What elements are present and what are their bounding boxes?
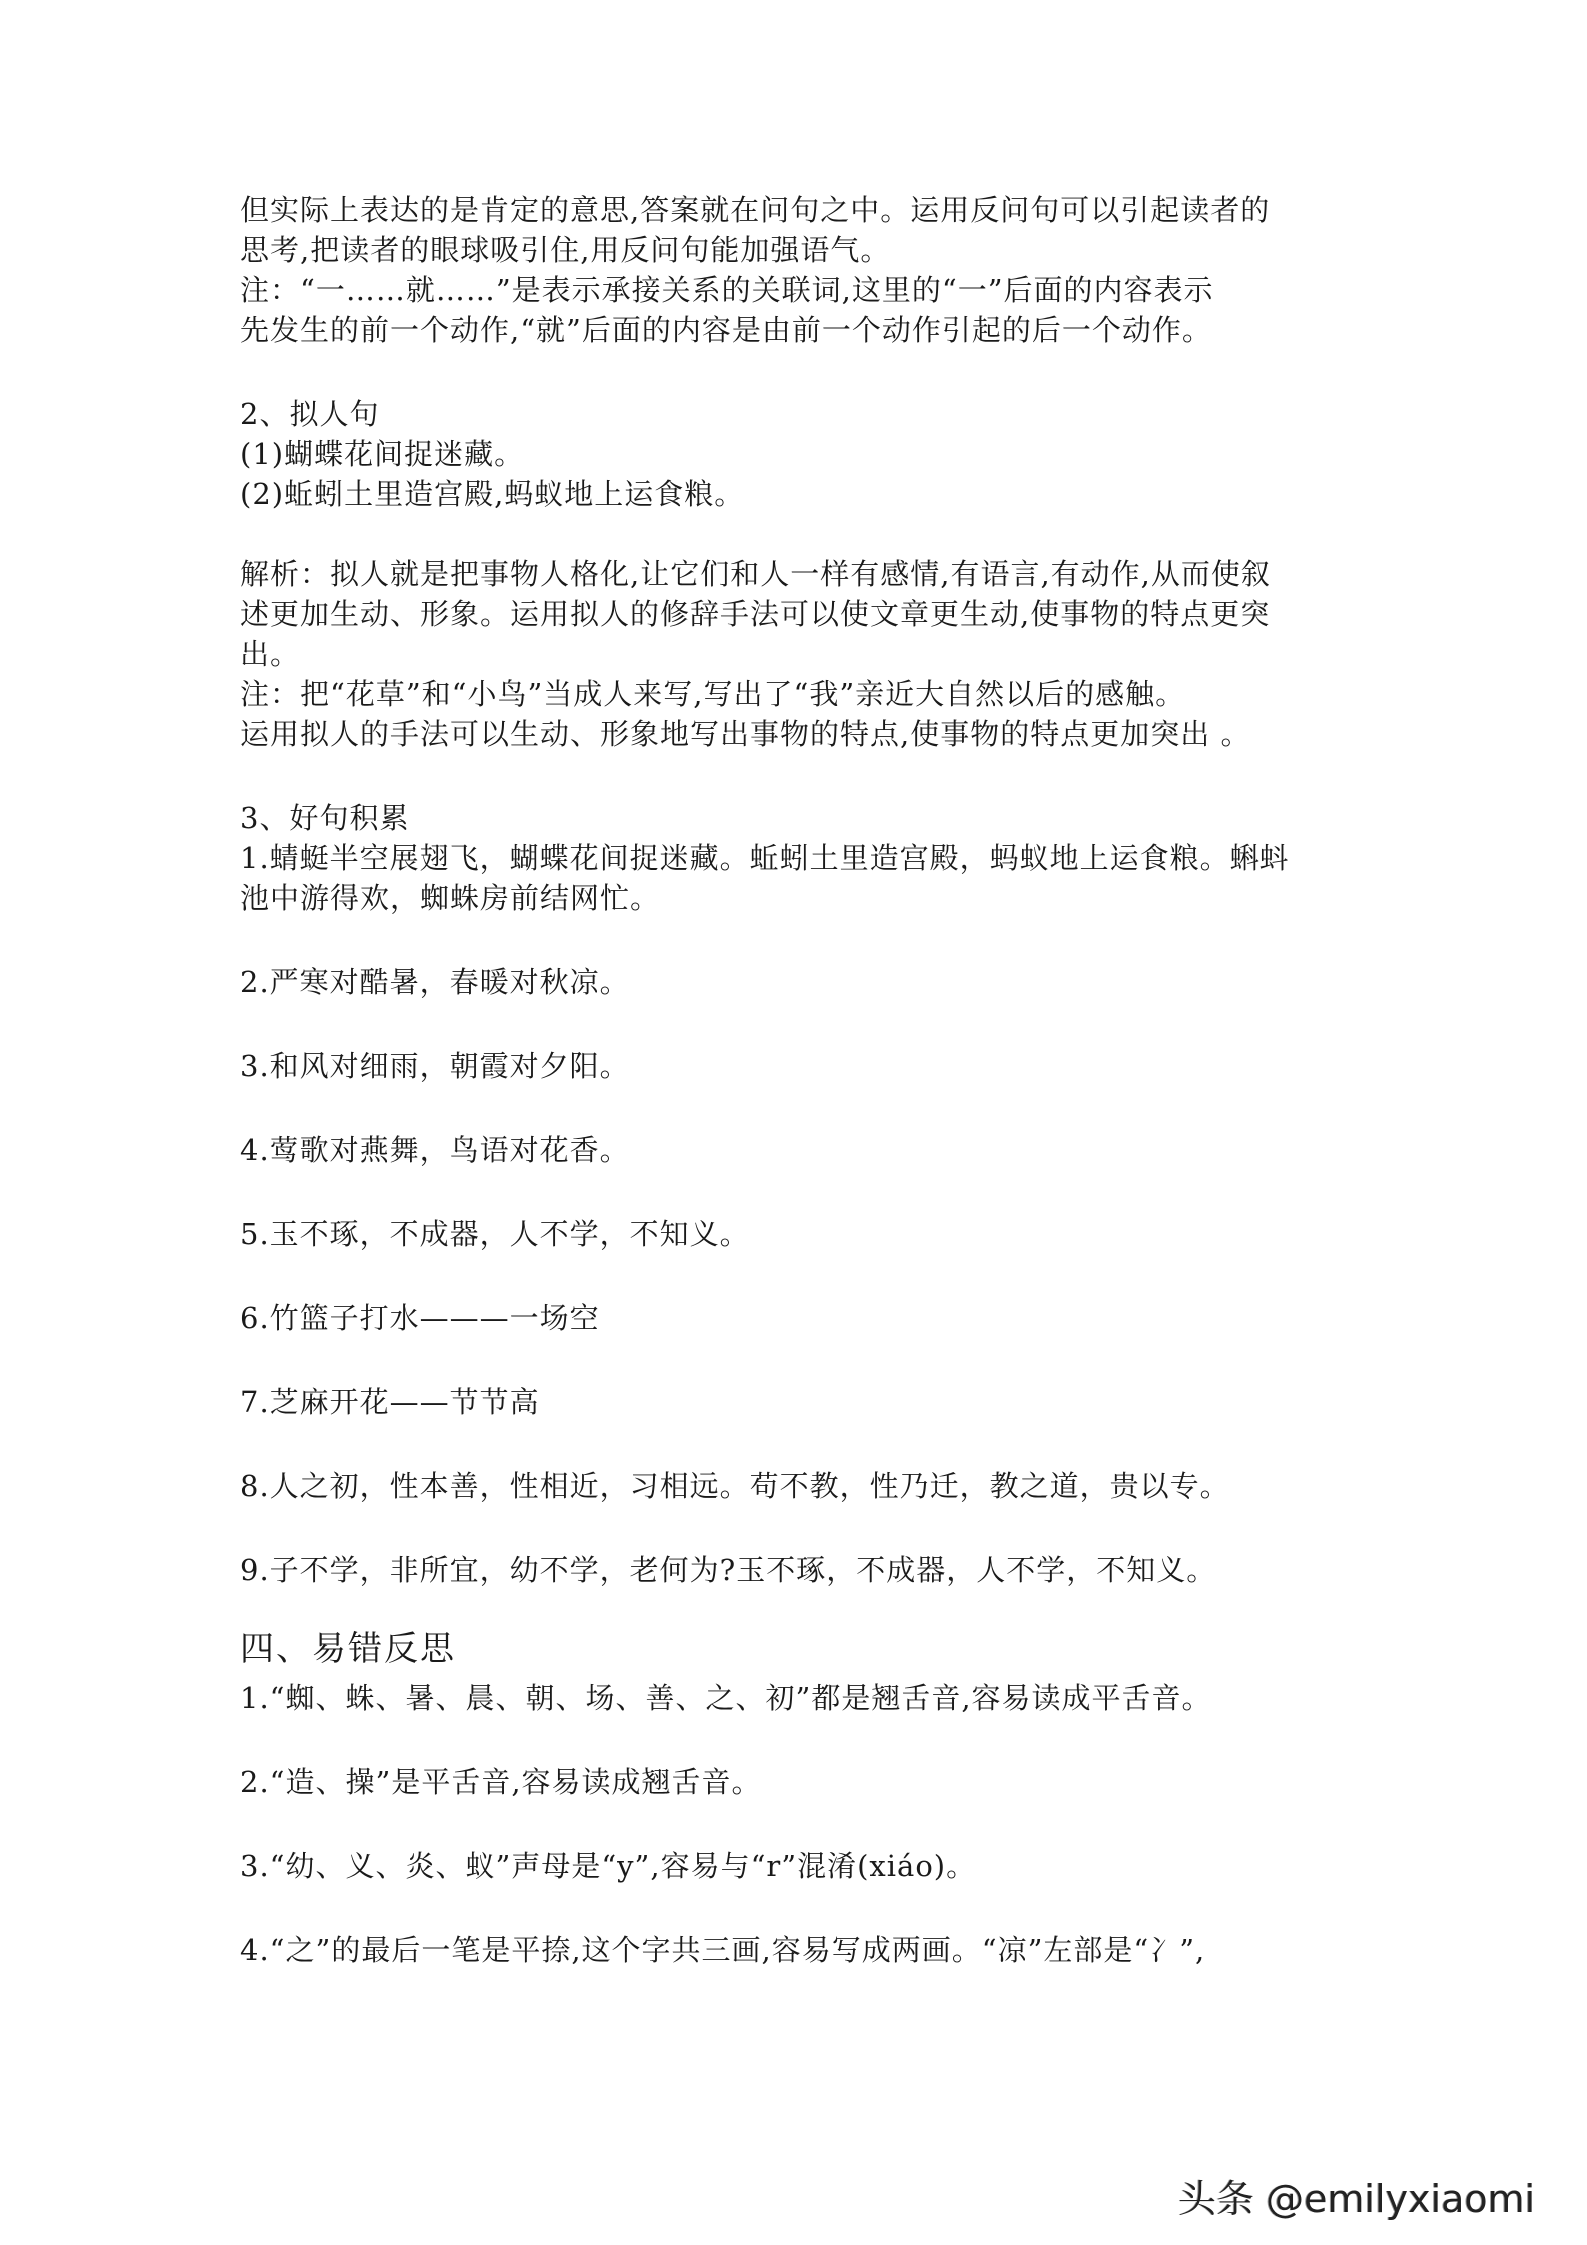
list-item: 9.子不学，非所宜，幼不学，老何为?玉不琢，不成器，人不学，不知义。: [240, 1550, 1360, 1590]
item-line: 7.芝麻开花——节节高: [240, 1382, 1360, 1422]
list-item: 1.“蜘、蛛、暑、晨、朝、场、善、之、初”都是翘舌音,容易读成平舌音。: [240, 1678, 1360, 1718]
analysis-line: 解析：拟人就是把事物人格化,让它们和人一样有感情,有语言,有动作,从而使叙: [240, 554, 1360, 594]
list-item: 4.莺歌对燕舞，鸟语对花香。: [240, 1130, 1360, 1170]
note-line: 运用拟人的手法可以生动、形象地写出事物的特点,使事物的特点更加突出 。: [240, 714, 1360, 754]
list-item: 5.玉不琢，不成器，人不学，不知义。: [240, 1214, 1360, 1254]
list-item: 6.竹篮子打水———一场空: [240, 1298, 1360, 1338]
item-line: 3.“幼、义、炎、蚁”声母是“y”,容易与“r”混淆(xiáo)。: [240, 1846, 1360, 1886]
item-line: 池中游得欢，蜘蛛房前结网忙。: [240, 878, 1360, 918]
text-line: 但实际上表达的是肯定的意思,答案就在问句之中。运用反问句可以引起读者的: [240, 190, 1360, 230]
list-item: 2.严寒对酷暑，春暖对秋凉。: [240, 962, 1360, 1002]
note-line: 先发生的前一个动作,“就”后面的内容是由前一个动作引起的后一个动作。: [240, 310, 1360, 350]
section-mistakes: 四、易错反思 1.“蜘、蛛、暑、晨、朝、场、善、之、初”都是翘舌音,容易读成平舌…: [240, 1626, 1360, 1970]
section-heading: 四、易错反思: [240, 1626, 1360, 1672]
note-line: 注：把“花草”和“小鸟”当成人来写,写出了“我”亲近大自然以后的感触。: [240, 674, 1360, 714]
item-line: 4.莺歌对燕舞，鸟语对花香。: [240, 1130, 1360, 1170]
list-item: 4.“之”的最后一笔是平捺,这个字共三画,容易写成两画。“凉”左部是“冫”,: [240, 1930, 1360, 1970]
document-page: 但实际上表达的是肯定的意思,答案就在问句之中。运用反问句可以引起读者的 思考,把…: [240, 190, 1360, 2014]
list-item: 8.人之初，性本善，性相近，习相远。苟不教，性乃迁，教之道，贵以专。: [240, 1466, 1360, 1506]
text-line: 思考,把读者的眼球吸引住,用反问句能加强语气。: [240, 230, 1360, 270]
item-line: 1.“蜘、蛛、暑、晨、朝、场、善、之、初”都是翘舌音,容易读成平舌音。: [240, 1678, 1360, 1718]
section-heading: 2、拟人句: [240, 394, 1360, 434]
item-line: 9.子不学，非所宜，幼不学，老何为?玉不琢，不成器，人不学，不知义。: [240, 1550, 1360, 1590]
item-line: 1.蜻蜓半空展翅飞，蝴蝶花间捉迷藏。蚯蚓土里造宫殿，蚂蚁地上运食粮。蝌蚪: [240, 838, 1360, 878]
analysis-line: 述更加生动、形象。运用拟人的修辞手法可以使文章更生动,使事物的特点更突: [240, 594, 1360, 634]
example-line: (2)蚯蚓土里造宫殿,蚂蚁地上运食粮。: [240, 474, 1360, 514]
watermark: 头条 @emilyxiaomi: [1178, 2168, 1535, 2223]
intro-paragraph: 但实际上表达的是肯定的意思,答案就在问句之中。运用反问句可以引起读者的 思考,把…: [240, 190, 1360, 350]
example-line: (1)蝴蝶花间捉迷藏。: [240, 434, 1360, 474]
item-line: 3.和风对细雨，朝霞对夕阳。: [240, 1046, 1360, 1086]
section-personification: 2、拟人句 (1)蝴蝶花间捉迷藏。 (2)蚯蚓土里造宫殿,蚂蚁地上运食粮。 解析…: [240, 394, 1360, 754]
list-item: 3.和风对细雨，朝霞对夕阳。: [240, 1046, 1360, 1086]
analysis-line: 出。: [240, 634, 1360, 674]
section-heading: 3、好句积累: [240, 798, 1360, 838]
list-item: 7.芝麻开花——节节高: [240, 1382, 1360, 1422]
item-line: 2.“造、操”是平舌音,容易读成翘舌音。: [240, 1762, 1360, 1802]
item-line: 5.玉不琢，不成器，人不学，不知义。: [240, 1214, 1360, 1254]
note-line: 注：“一……就……”是表示承接关系的关联词,这里的“一”后面的内容表示: [240, 270, 1360, 310]
item-line: 4.“之”的最后一笔是平捺,这个字共三画,容易写成两画。“凉”左部是“冫”,: [240, 1930, 1360, 1970]
item-line: 2.严寒对酷暑，春暖对秋凉。: [240, 962, 1360, 1002]
section-good-sentences: 3、好句积累 1.蜻蜓半空展翅飞，蝴蝶花间捉迷藏。蚯蚓土里造宫殿，蚂蚁地上运食粮…: [240, 798, 1360, 1590]
list-item: 1.蜻蜓半空展翅飞，蝴蝶花间捉迷藏。蚯蚓土里造宫殿，蚂蚁地上运食粮。蝌蚪 池中游…: [240, 838, 1360, 918]
list-item: 3.“幼、义、炎、蚁”声母是“y”,容易与“r”混淆(xiáo)。: [240, 1846, 1360, 1886]
item-line: 6.竹篮子打水———一场空: [240, 1298, 1360, 1338]
list-item: 2.“造、操”是平舌音,容易读成翘舌音。: [240, 1762, 1360, 1802]
item-line: 8.人之初，性本善，性相近，习相远。苟不教，性乃迁，教之道，贵以专。: [240, 1466, 1360, 1506]
